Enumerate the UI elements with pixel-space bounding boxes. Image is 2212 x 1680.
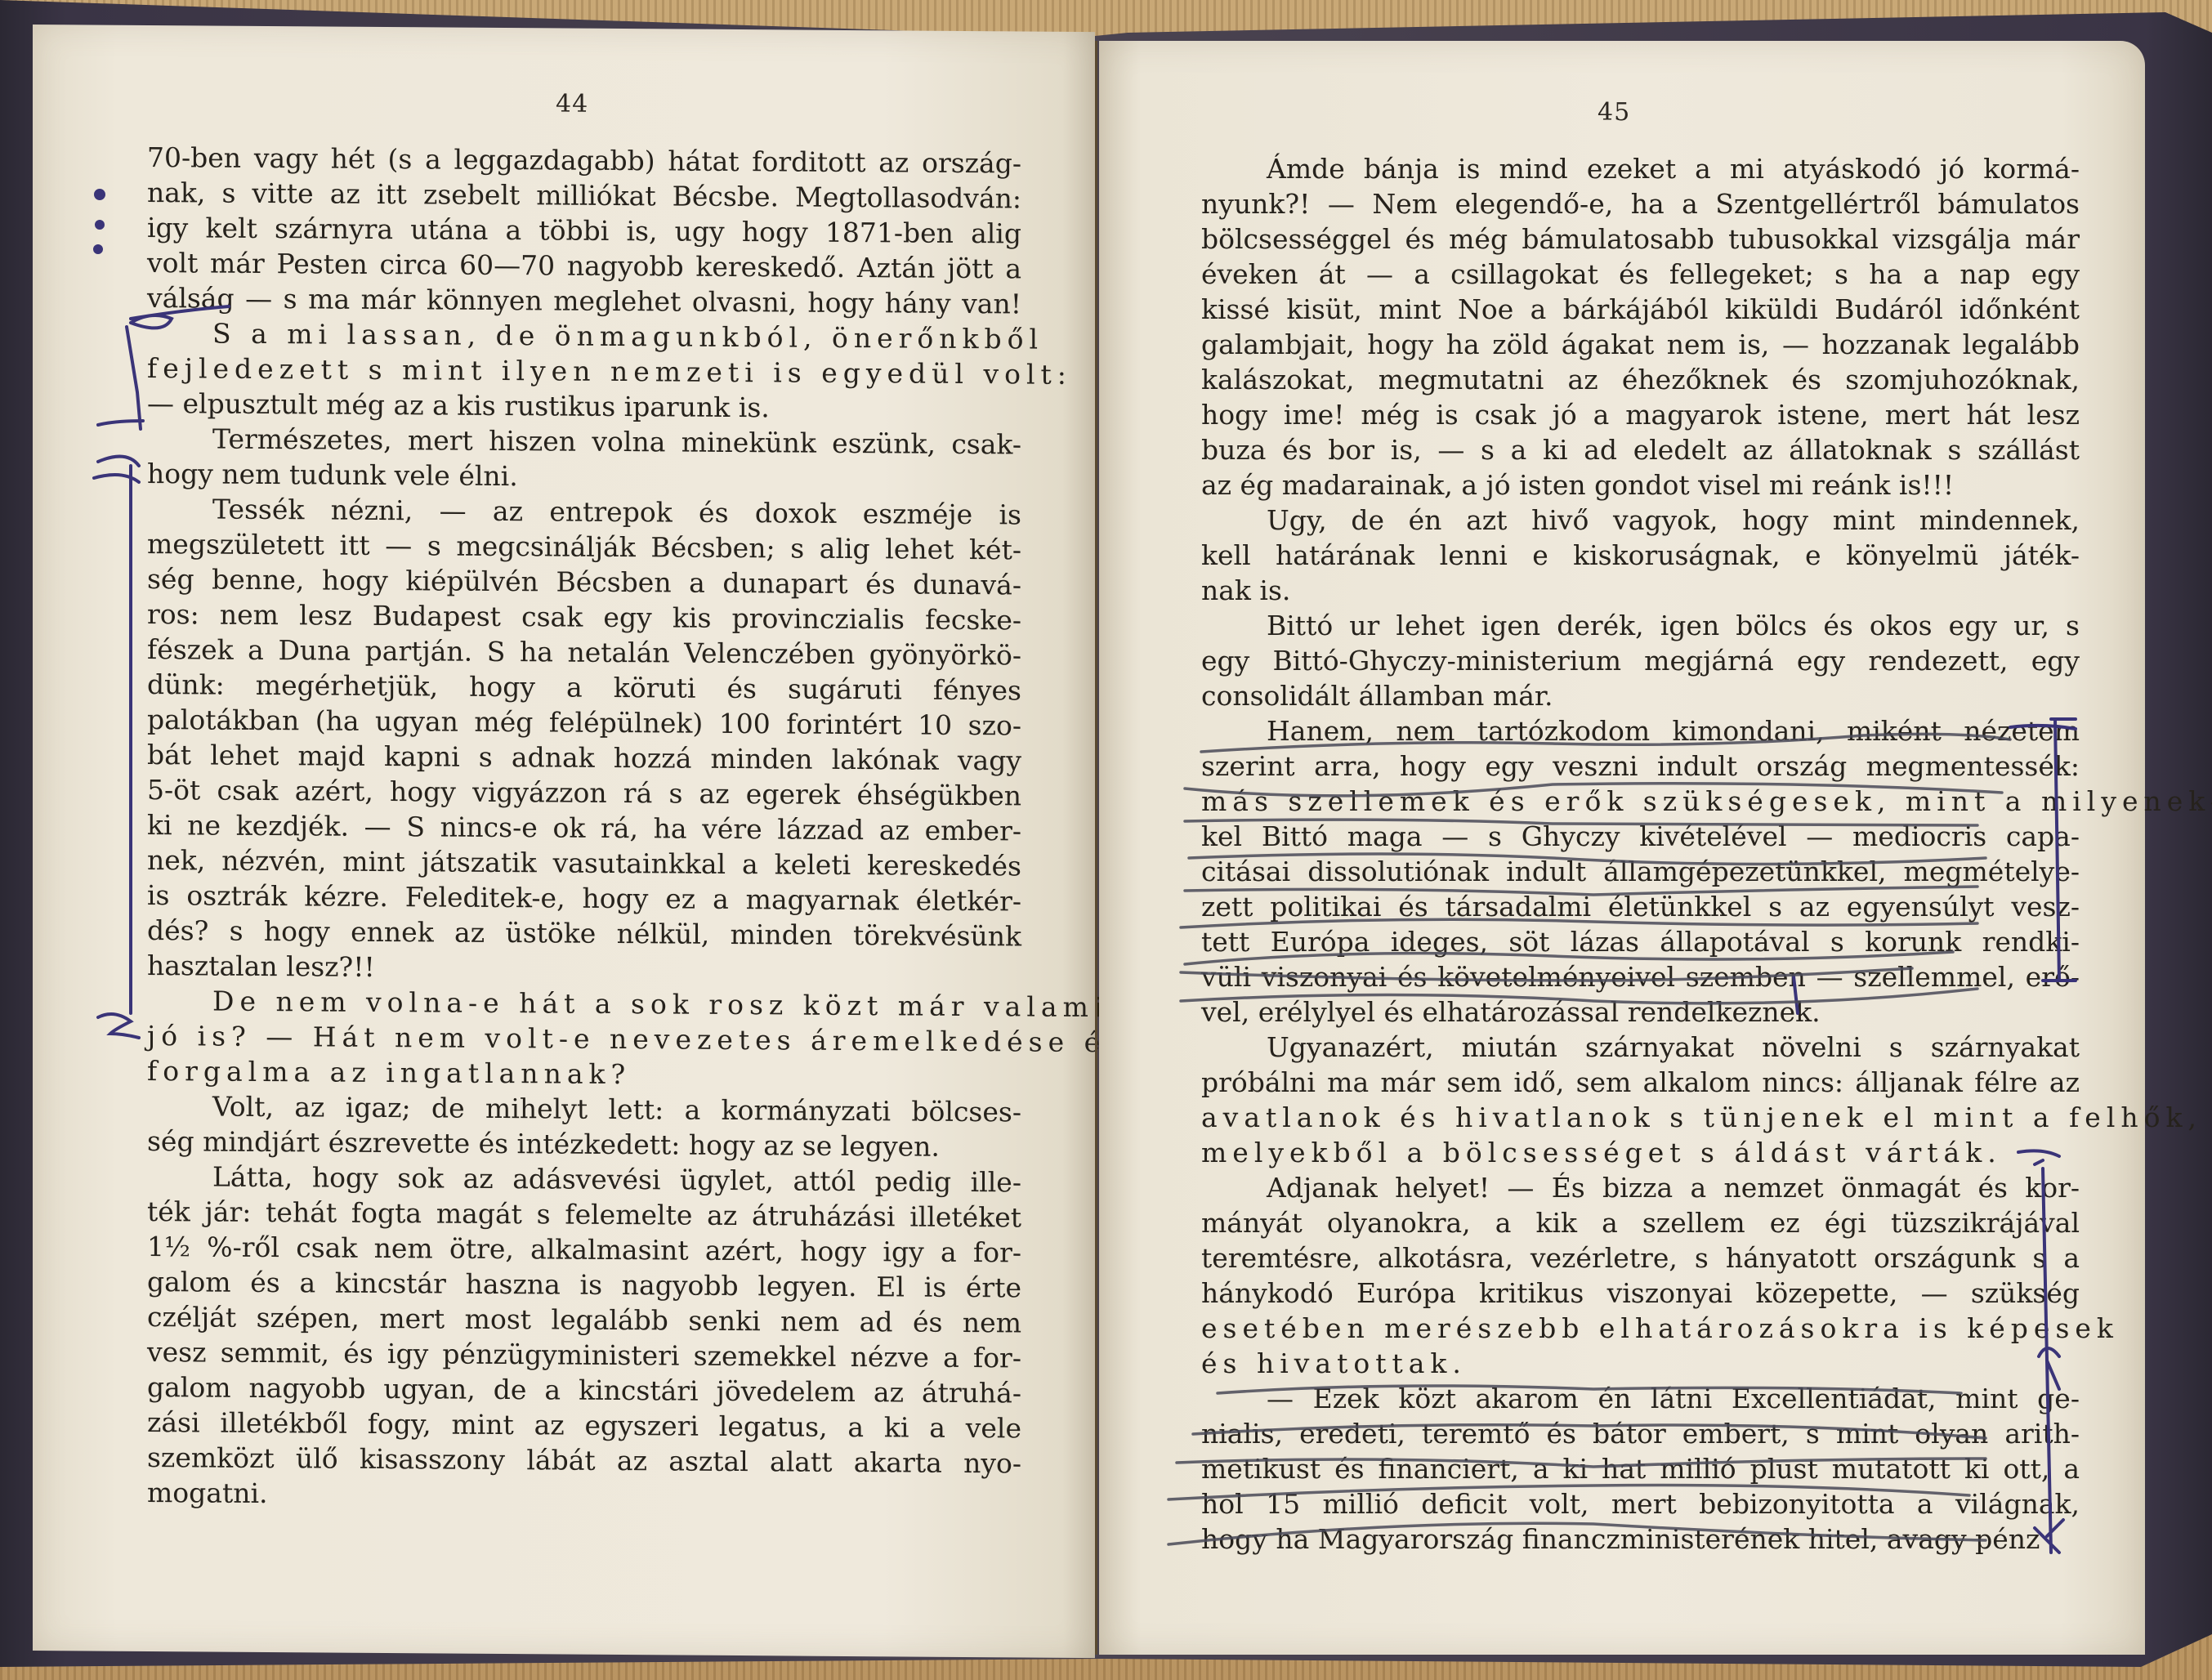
text-line: czélját szépen, mert most legalább senki… [147, 1299, 1021, 1340]
text-line: ség mindjárt észrevette és intézkedett: … [147, 1124, 1021, 1164]
text-line: bát lehet majd kapni s adnak hozzá minde… [147, 737, 1021, 778]
text-line: ték jár: tehát fogta magát s felemelte a… [147, 1194, 1021, 1235]
text-line: avatlanok és hivatlanok s tünjenek el mi… [1201, 1100, 2080, 1135]
text-line: palotákban (ha ugyan még felépülnek) 100… [147, 702, 1021, 743]
left-page: 44 70-ben vagy hét (s a leggazdagabb) há… [33, 25, 1095, 1658]
text-line: nyunk?! — Nem elegendő-e, ha a Szentgell… [1201, 186, 2080, 221]
right-page-text: Ámde bánja is mind ezeket a mi atyáskodó… [1201, 151, 2080, 1557]
text-line: Természetes, mert hiszen volna minekünk … [147, 421, 1021, 462]
text-line: S a mi lassan, de önmagunkból, önerőnkbő… [147, 315, 1021, 356]
text-line: válság — s ma már könnyen meglehet olvas… [147, 280, 1021, 321]
text-line: kell határának lenni e kiskoruságnak, e … [1201, 538, 2080, 573]
text-line: volt már Pesten circa 60—70 nagyobb kere… [147, 245, 1021, 286]
text-line: 70-ben vagy hét (s a leggazdagabb) hátat… [147, 140, 1021, 181]
text-line: jó is? — Hát nem volt-e nevezetes áremel… [147, 1018, 1021, 1059]
text-line: hogy ha Magyarország financzministerének… [1201, 1521, 2080, 1557]
text-line: fészek a Duna partján. S ha netalán Vele… [147, 632, 1021, 672]
page-number-left: 44 [556, 89, 588, 118]
text-line: nek, nézvén, mint játszatik vasutainkkal… [147, 842, 1021, 883]
text-line: zett politikai és társadalmi életünkkel … [1201, 889, 2080, 924]
text-line: egy Bittó-Ghyczy-ministerium megjárná eg… [1201, 643, 2080, 678]
text-line: Bittó ur lehet igen derék, igen bölcs és… [1201, 608, 2080, 643]
text-line: 1½ %-ről csak nem ötre, alkalmasint azér… [147, 1229, 1021, 1270]
text-line: Ugyanazért, miután szárnyakat növelni s … [1201, 1030, 2080, 1065]
text-line: hasztalan lesz?!! [147, 948, 1021, 989]
text-line: nak, s vitte az itt zsebelt milliókat Bé… [147, 175, 1021, 216]
book-gutter [1095, 41, 1097, 1655]
text-line: vesz semmit, és igy pénzügyministeri sze… [147, 1334, 1021, 1375]
text-line: az ég madarainak, a jó isten gondot vise… [1201, 467, 2080, 503]
text-line: hol 15 millió deficit volt, mert bebizon… [1201, 1486, 2080, 1521]
text-line: vel, erélylyel és elhatározással rendelk… [1201, 994, 2080, 1030]
text-line: consolidált államban már. [1201, 678, 2080, 713]
text-line: kalászokat, megmutatni az éhezőknek és s… [1201, 362, 2080, 397]
left-page-text: 70-ben vagy hét (s a leggazdagabb) hátat… [147, 140, 1021, 1516]
text-line: hánykodó Európa kritikus viszonyai közep… [1201, 1276, 2080, 1311]
text-line: esetében merészebb elhatározásokra is ké… [1201, 1311, 2080, 1346]
text-line: bölcsességgel és még bámulatosabb tubuso… [1201, 221, 2080, 257]
right-page: 45 Ámde bánja is mind ezeket a mi atyásk… [1099, 41, 2145, 1655]
text-line: buza és bor is, — s a ki ad eledelt az á… [1201, 432, 2080, 467]
text-line: ki ne kezdjék. — S nincs-e ok rá, ha vér… [147, 807, 1021, 848]
text-line: dés? s hogy ennek az üstöke nélkül, mind… [147, 913, 1021, 954]
text-line: nialis, eredeti, teremtő és bátor embert… [1201, 1416, 2080, 1451]
text-line: citásai dissolutiónak indult államgépeze… [1201, 854, 2080, 889]
text-line: zási illetékből fogy, mint az egyszeri l… [147, 1405, 1021, 1445]
text-line: galom és a kincstár haszna is nagyobb le… [147, 1264, 1021, 1305]
text-line: mányát olyanokra, a kik a szellem ez égi… [1201, 1205, 2080, 1240]
text-line: szemközt ülő kisasszony lábát az asztal … [147, 1440, 1021, 1481]
text-line: ros: nem lesz Budapest csak egy kis prov… [147, 596, 1021, 637]
text-line: galambjait, hogy ha zöld ágakat nem is, … [1201, 327, 2080, 362]
text-line: vüli viszonyai és követelményeivel szemb… [1201, 959, 2080, 994]
text-line: 5-öt csak azért, hogy vigyázzon rá s az … [147, 772, 1021, 813]
text-line: kel Bittó maga — s Ghyczy kivételével — … [1201, 819, 2080, 854]
text-line: Volt, az igaz; de mihelyt lett: a kormán… [147, 1088, 1021, 1129]
text-line: fejledezett s mint ilyen nemzeti is egye… [147, 351, 1021, 391]
text-line: galom nagyobb ugyan, de a kincstári jöve… [147, 1369, 1021, 1410]
text-line: forgalma az ingatlannak? [147, 1053, 1021, 1094]
text-line: teremtésre, alkotásra, vezérletre, s hán… [1201, 1240, 2080, 1276]
text-line: hogy nem tudunk vele élni. [147, 456, 1021, 497]
text-line: tett Európa ideges, söt lázas állapotáva… [1201, 924, 2080, 959]
text-line: Látta, hogy sok az adásvevési ügylet, at… [147, 1159, 1021, 1200]
text-line: szerint arra, hogy egy veszni indult ors… [1201, 748, 2080, 784]
text-line: mogatni. [147, 1475, 1021, 1516]
page-number-right: 45 [1598, 98, 1630, 127]
text-line: éveken át — a csillagokat és fellegeket;… [1201, 257, 2080, 292]
text-line: — elpusztult még az a kis rustikus iparu… [147, 386, 1021, 427]
text-line: hogy ime! még is csak jó a magyarok iste… [1201, 397, 2080, 432]
text-line: és hivatottak. [1201, 1346, 2080, 1381]
text-line: dünk: megérhetjük, hogy a köruti és sugá… [147, 667, 1021, 708]
text-line: megszületett itt — s megcsinálják Bécsbe… [147, 526, 1021, 567]
text-line: Ámde bánja is mind ezeket a mi atyáskodó… [1201, 151, 2080, 186]
text-line: nak is. [1201, 573, 2080, 608]
text-line: — Ezek közt akarom én látni Excellentiád… [1201, 1381, 2080, 1416]
text-line: igy kelt szárnyra utána a többi is, ugy … [147, 210, 1021, 251]
text-line: De nem volna-e hát a sok rosz közt már v… [147, 983, 1021, 1024]
text-line: melyekből a bölcsességet s áldást várták… [1201, 1135, 2080, 1170]
text-line: ség benne, hogy kiépülvén Bécsben a duna… [147, 561, 1021, 602]
text-line: próbálni ma már sem idő, sem alkalom nin… [1201, 1065, 2080, 1100]
text-line: kissé kisüt, mint Noe a bárkájából kikül… [1201, 292, 2080, 327]
text-line: Hanem, nem tartózkodom kimondani, miként… [1201, 713, 2080, 748]
text-line: Adjanak helyet! — És bizza a nemzet önma… [1201, 1170, 2080, 1205]
text-line: Ugy, de én azt hivő vagyok, hogy mint mi… [1201, 503, 2080, 538]
text-line: más szellemek és erők szükségesek, mint … [1201, 784, 2080, 819]
text-line: is osztrák kézre. Feleditek-e, hogy ez a… [147, 878, 1021, 918]
text-line: Tessék nézni, — az entrepok és doxok esz… [147, 491, 1021, 532]
text-line: metikust és financiert, a ki hat millió … [1201, 1451, 2080, 1486]
